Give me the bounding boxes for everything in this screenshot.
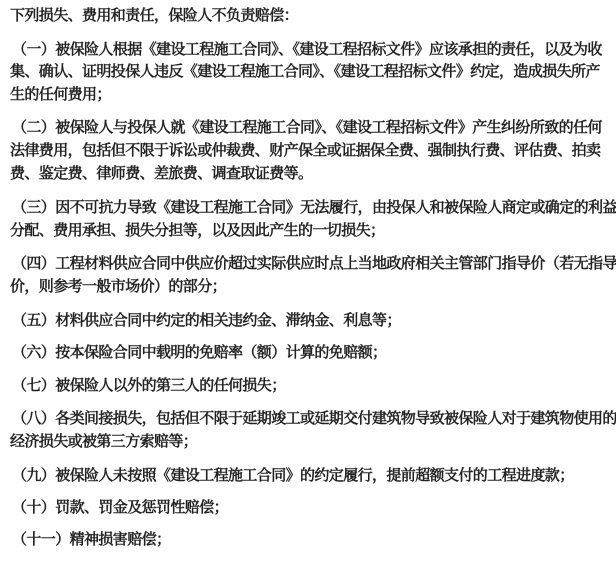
clause-line: （二）被保险人与投保人就《建设工程施工合同》、《建设工程招标文件》产生纠纷所致的…: [12, 116, 612, 138]
clause-5: （五）材料供应合同中约定的相关违约金、滞纳金、利息等；: [12, 309, 612, 331]
clause-line: 生的任何费用；: [10, 83, 610, 105]
clause-11: （十一）精神损害赔偿；: [12, 528, 612, 550]
clause-9: （九）被保险人未按照《建设工程施工合同》的约定履行，提前超额支付的工程进度款；: [12, 464, 612, 486]
clause-7: （七）被保险人以外的第三人的任何损失；: [12, 374, 612, 396]
clause-6: （六）按本保险合同中载明的免赔率（额）计算的免赔额；: [12, 341, 612, 363]
clause-line: （三）因不可抗力导致《建设工程施工合同》无法履行，由投保人和被保险人商定或确定的…: [12, 196, 612, 218]
intro-text: 下列损失、费用和责任，保险人不负责赔偿：: [10, 4, 610, 26]
clause-line: 集、确认、证明投保人违反《建设工程施工合同》、《建设工程招标文件》约定，造成损失…: [10, 60, 610, 82]
clause-line: （四）工程材料供应合同中供应价超过实际供应时点上当地政府相关主管部门指导价（若无…: [12, 252, 612, 274]
clause-line: （一）被保险人根据《建设工程施工合同》、《建设工程招标文件》应该承担的责任，以及…: [12, 38, 612, 60]
clause-line: 费、鉴定费、律师费、差旅费、调查取证费等。: [10, 162, 610, 184]
clause-line: 经济损失或被第三方索赔等；: [10, 430, 610, 452]
exclusions-document: 下列损失、费用和责任，保险人不负责赔偿： （一）被保险人根据《建设工程施工合同》…: [0, 0, 616, 562]
clause-line: 价，则参考一般市场价）的部分；: [10, 275, 610, 297]
clause-10: （十）罚款、罚金及惩罚性赔偿；: [12, 496, 612, 518]
clause-line: 分配、费用承担、损失分担等，以及因此产生的一切损失；: [10, 219, 610, 241]
clause-line: （八）各类间接损失，包括但不限于延期竣工或延期交付建筑物导致被保险人对于建筑物使…: [12, 407, 612, 429]
clause-line: 法律费用，包括但不限于诉讼或仲裁费、财产保全或证据保全费、强制执行费、评估费、拍…: [10, 139, 610, 161]
